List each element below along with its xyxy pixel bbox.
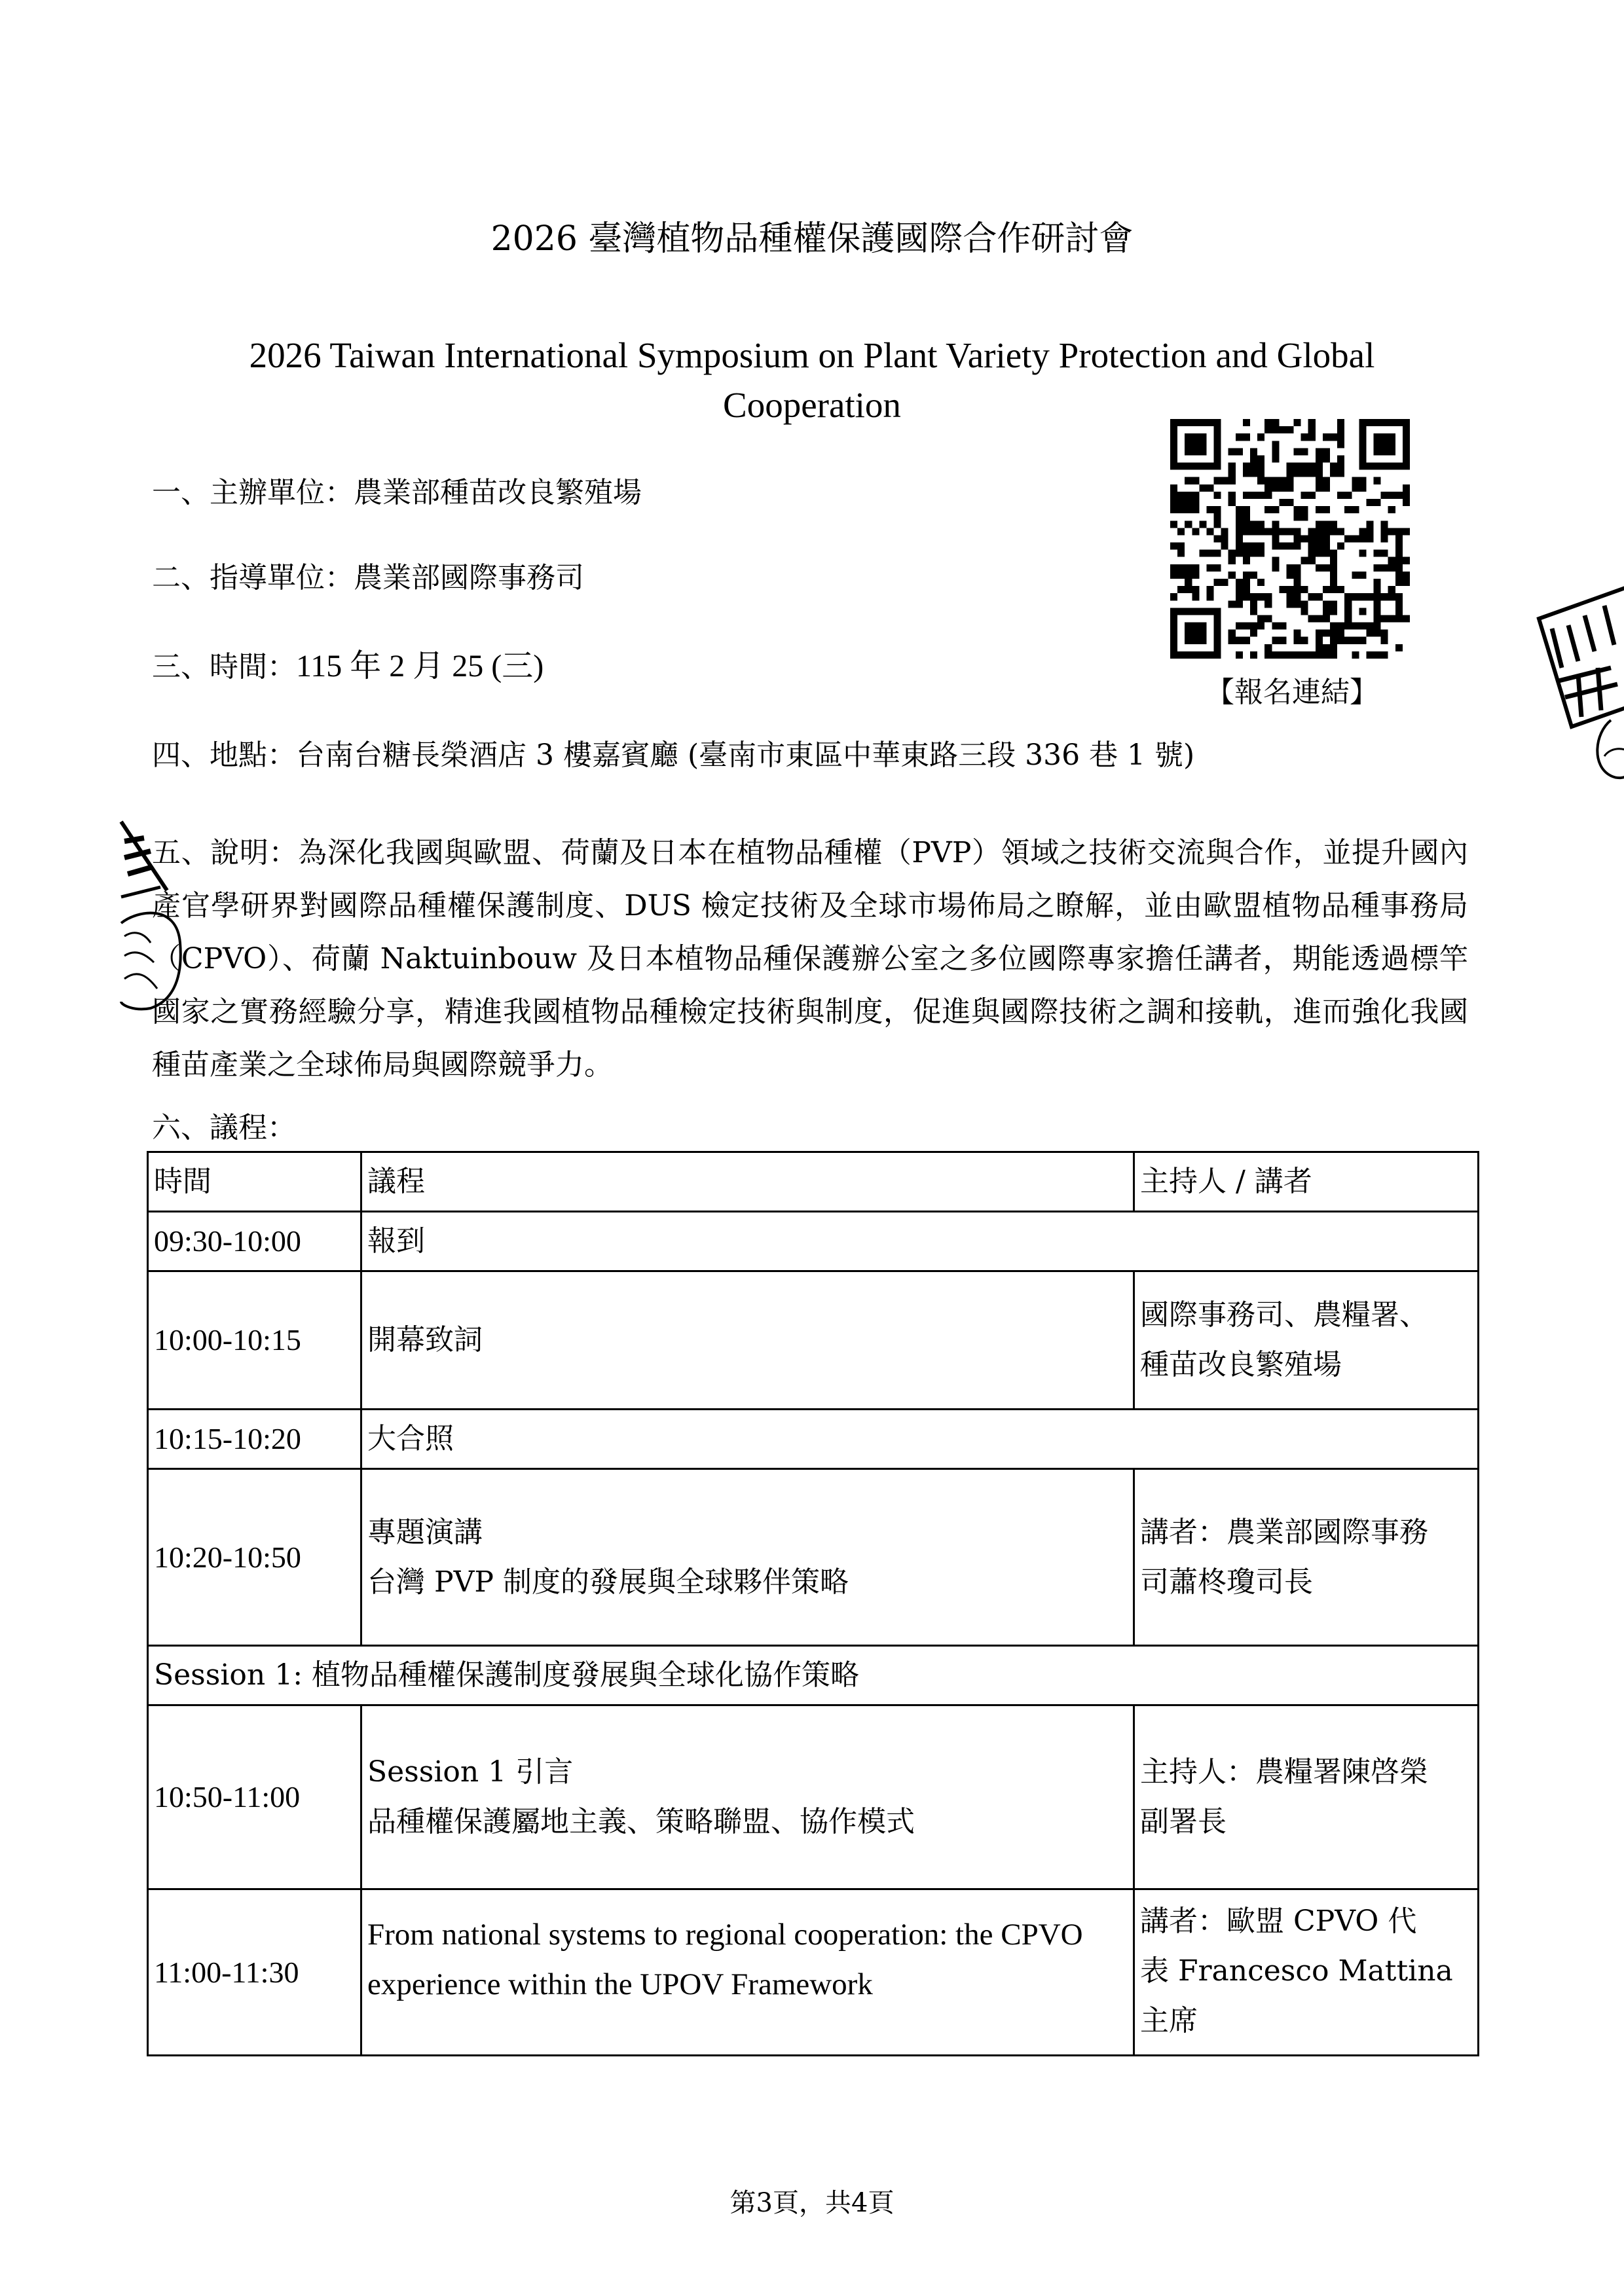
organizer-line: 一、主辦單位：農業部種苗改良繁殖場 bbox=[152, 475, 642, 511]
title-en-line1: 2026 Taiwan International Symposium on P… bbox=[190, 331, 1434, 380]
speaker-line: 講者：農業部國際事務 bbox=[1140, 1508, 1472, 1558]
table-header-row: 時間 議程 主持人 / 講者 bbox=[148, 1152, 1479, 1212]
row-speaker: 講者：農業部國際事務 司蕭柊瓊司長 bbox=[1134, 1469, 1479, 1646]
document-page: 2026 臺灣植物品種權保護國際合作研討會 2026 Taiwan Intern… bbox=[0, 0, 1624, 2296]
table-row: 11:00-11:30 From national systems to reg… bbox=[148, 1889, 1479, 2056]
program-line: From national systems to regional cooper… bbox=[367, 1910, 1128, 1959]
header-program: 議程 bbox=[361, 1152, 1134, 1212]
program-line: 專題演講 bbox=[367, 1508, 1128, 1558]
venue-label: 四、地點： bbox=[152, 738, 296, 772]
row-speaker: 國際事務司、農糧署、 種苗改良繁殖場 bbox=[1134, 1271, 1479, 1410]
row-time: 09:30-10:00 bbox=[148, 1212, 361, 1271]
header-time: 時間 bbox=[148, 1152, 361, 1212]
row-time: 10:50-11:00 bbox=[148, 1705, 361, 1889]
header-speaker: 主持人 / 講者 bbox=[1134, 1152, 1479, 1212]
document-title-zh: 2026 臺灣植物品種權保護國際合作研討會 bbox=[0, 219, 1624, 259]
table-row: 10:50-11:00 Session 1 引言 品種權保護屬地主義、策略聯盟、… bbox=[148, 1705, 1479, 1889]
seal-stamp-icon bbox=[105, 812, 183, 1028]
speaker-line: 種苗改良繁殖場 bbox=[1140, 1340, 1472, 1390]
row-time: 10:15-10:20 bbox=[148, 1410, 361, 1469]
program-line: experience within the UPOV Framework bbox=[367, 1959, 1128, 2009]
speaker-line: 主持人：農糧署陳啓榮 bbox=[1140, 1747, 1472, 1797]
table-row: 10:00-10:15 開幕致詞 國際事務司、農糧署、 種苗改良繁殖場 bbox=[148, 1271, 1479, 1410]
agenda-table: 時間 議程 主持人 / 講者 09:30-10:00 報到 10:00-10:1… bbox=[147, 1151, 1479, 2056]
description-paragraph: 五、說明：為深化我國與歐盟、荷蘭及日本在植物品種權（PVP）領域之技術交流與合作… bbox=[152, 826, 1468, 1091]
speaker-line: 表 Francesco Mattina bbox=[1140, 1946, 1472, 1996]
time-line: 三、時間：115 年 2 月 25 (三) bbox=[152, 648, 544, 685]
speaker-line: 國際事務司、農糧署、 bbox=[1140, 1290, 1472, 1340]
row-program: 專題演講 台灣 PVP 制度的發展與全球夥伴策略 bbox=[361, 1469, 1134, 1646]
speaker-line: 副署長 bbox=[1140, 1797, 1472, 1847]
advisor-label: 二、指導單位： bbox=[152, 561, 354, 594]
row-program: 報到 bbox=[361, 1212, 1479, 1271]
venue-value: 台南台糖長榮酒店 3 樓嘉賓廳 (臺南市東區中華東路三段 336 巷 1 號) bbox=[296, 738, 1194, 772]
table-row: 10:20-10:50 專題演講 台灣 PVP 制度的發展與全球夥伴策略 講者：… bbox=[148, 1469, 1479, 1646]
page-indicator: 第3頁，共4頁 bbox=[0, 2187, 1624, 2219]
seal-stamp-icon bbox=[1532, 570, 1624, 786]
row-program: From national systems to regional cooper… bbox=[361, 1889, 1134, 2056]
row-speaker: 講者：歐盟 CPVO 代 表 Francesco Mattina 主席 bbox=[1134, 1889, 1479, 2056]
document-title-en: 2026 Taiwan International Symposium on P… bbox=[190, 331, 1434, 430]
description-text: 為深化我國與歐盟、荷蘭及日本在植物品種權（PVP）領域之技術交流與合作，並提升國… bbox=[152, 836, 1468, 1082]
table-row: 09:30-10:00 報到 bbox=[148, 1212, 1479, 1271]
registration-qr-code[interactable] bbox=[1170, 419, 1410, 659]
time-label: 三、時間： bbox=[152, 650, 296, 683]
row-time: 10:20-10:50 bbox=[148, 1469, 361, 1646]
row-program: Session 1 引言 品種權保護屬地主義、策略聯盟、協作模式 bbox=[361, 1705, 1134, 1889]
row-time: 10:00-10:15 bbox=[148, 1271, 361, 1410]
row-time: 11:00-11:30 bbox=[148, 1889, 361, 2056]
session-title: Session 1: 植物品種權保護制度發展與全球化協作策略 bbox=[148, 1646, 1479, 1705]
row-program: 開幕致詞 bbox=[361, 1271, 1134, 1410]
agenda-heading: 六、議程： bbox=[152, 1110, 296, 1146]
program-line: 品種權保護屬地主義、策略聯盟、協作模式 bbox=[367, 1797, 1128, 1847]
organizer-label: 一、主辦單位： bbox=[152, 476, 354, 509]
program-line: 台灣 PVP 制度的發展與全球夥伴策略 bbox=[367, 1558, 1128, 1607]
advisor-line: 二、指導單位：農業部國際事務司 bbox=[152, 560, 584, 596]
row-speaker: 主持人：農糧署陳啓榮 副署長 bbox=[1134, 1705, 1479, 1889]
speaker-line: 主席 bbox=[1140, 1996, 1472, 2046]
program-line: Session 1 引言 bbox=[367, 1747, 1128, 1797]
organizer-value: 農業部種苗改良繁殖場 bbox=[354, 476, 642, 509]
session-header-row: Session 1: 植物品種權保護制度發展與全球化協作策略 bbox=[148, 1646, 1479, 1705]
time-value: 115 年 2 月 25 (三) bbox=[296, 649, 544, 683]
advisor-value: 農業部國際事務司 bbox=[354, 561, 584, 594]
speaker-line: 講者：歐盟 CPVO 代 bbox=[1140, 1897, 1472, 1946]
speaker-line: 司蕭柊瓊司長 bbox=[1140, 1558, 1472, 1607]
venue-line: 四、地點：台南台糖長榮酒店 3 樓嘉賓廳 (臺南市東區中華東路三段 336 巷 … bbox=[152, 737, 1194, 774]
row-program: 大合照 bbox=[361, 1410, 1479, 1469]
registration-link-label: 【報名連結】 bbox=[1172, 674, 1412, 711]
table-row: 10:15-10:20 大合照 bbox=[148, 1410, 1479, 1469]
